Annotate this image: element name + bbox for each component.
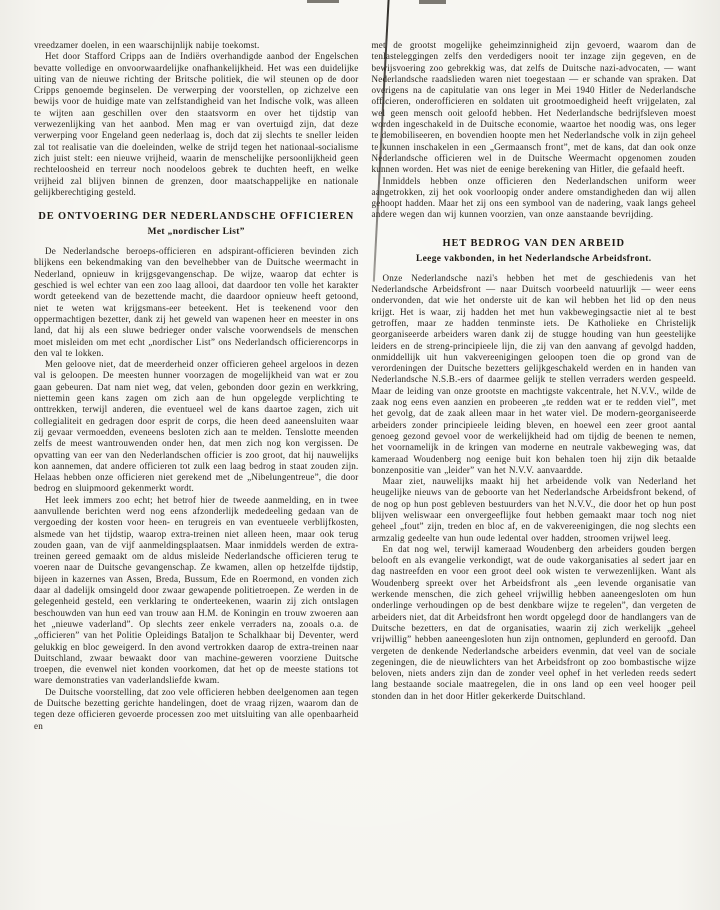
paragraph: Het door Stafford Cripps aan de Indiërs …: [34, 51, 359, 198]
continuation-fragment: vreedzamer doelen, in een waarschijnlijk…: [34, 40, 359, 51]
paragraph: Onze Nederlandsche nazi's hebben het met…: [372, 273, 697, 476]
paragraph: De Duitsche voorstelling, dat zoo vele o…: [34, 687, 359, 732]
paragraph: Inmiddels hebben onze officieren den Ned…: [372, 176, 697, 221]
top-edge-scan-artifact: [419, 0, 446, 4]
newspaper-page: vreedzamer doelen, in een waarschijnlijk…: [0, 0, 720, 910]
paragraph: De Nederlandsche beroeps-officieren en a…: [34, 246, 359, 359]
right-column: met de grootst mogelijke geheimzinnighei…: [372, 40, 697, 732]
section-title-ontvoering: DE ONTVOERING DER NEDERLANDSCHE OFFICIER…: [34, 211, 359, 222]
paragraph: Men geloove niet, dat de meerderheid onz…: [34, 359, 359, 495]
section-title-bedrog-arbeid: HET BEDROG VAN DEN ARBEID: [372, 238, 697, 249]
continuation-paragraph: met de grootst mogelijke geheimzinnighei…: [372, 40, 697, 176]
left-column: vreedzamer doelen, in een waarschijnlijk…: [34, 40, 359, 732]
top-edge-scan-artifact: [307, 0, 339, 3]
paragraph: En dat nog wel, terwijl kameraad Woudenb…: [372, 544, 697, 702]
column-layout: vreedzamer doelen, in een waarschijnlijk…: [34, 40, 696, 732]
paragraph: Maar ziet, nauwelijks maakt hij het arbe…: [372, 476, 697, 544]
section-subtitle-nordischer-list: Met „nordischer List”: [34, 227, 359, 237]
section-subtitle-leege-vakbonden: Leege vakbonden, in het Nederlandsche Ar…: [372, 254, 697, 264]
paragraph: Het leek immers zoo echt; het betrof hie…: [34, 495, 359, 687]
